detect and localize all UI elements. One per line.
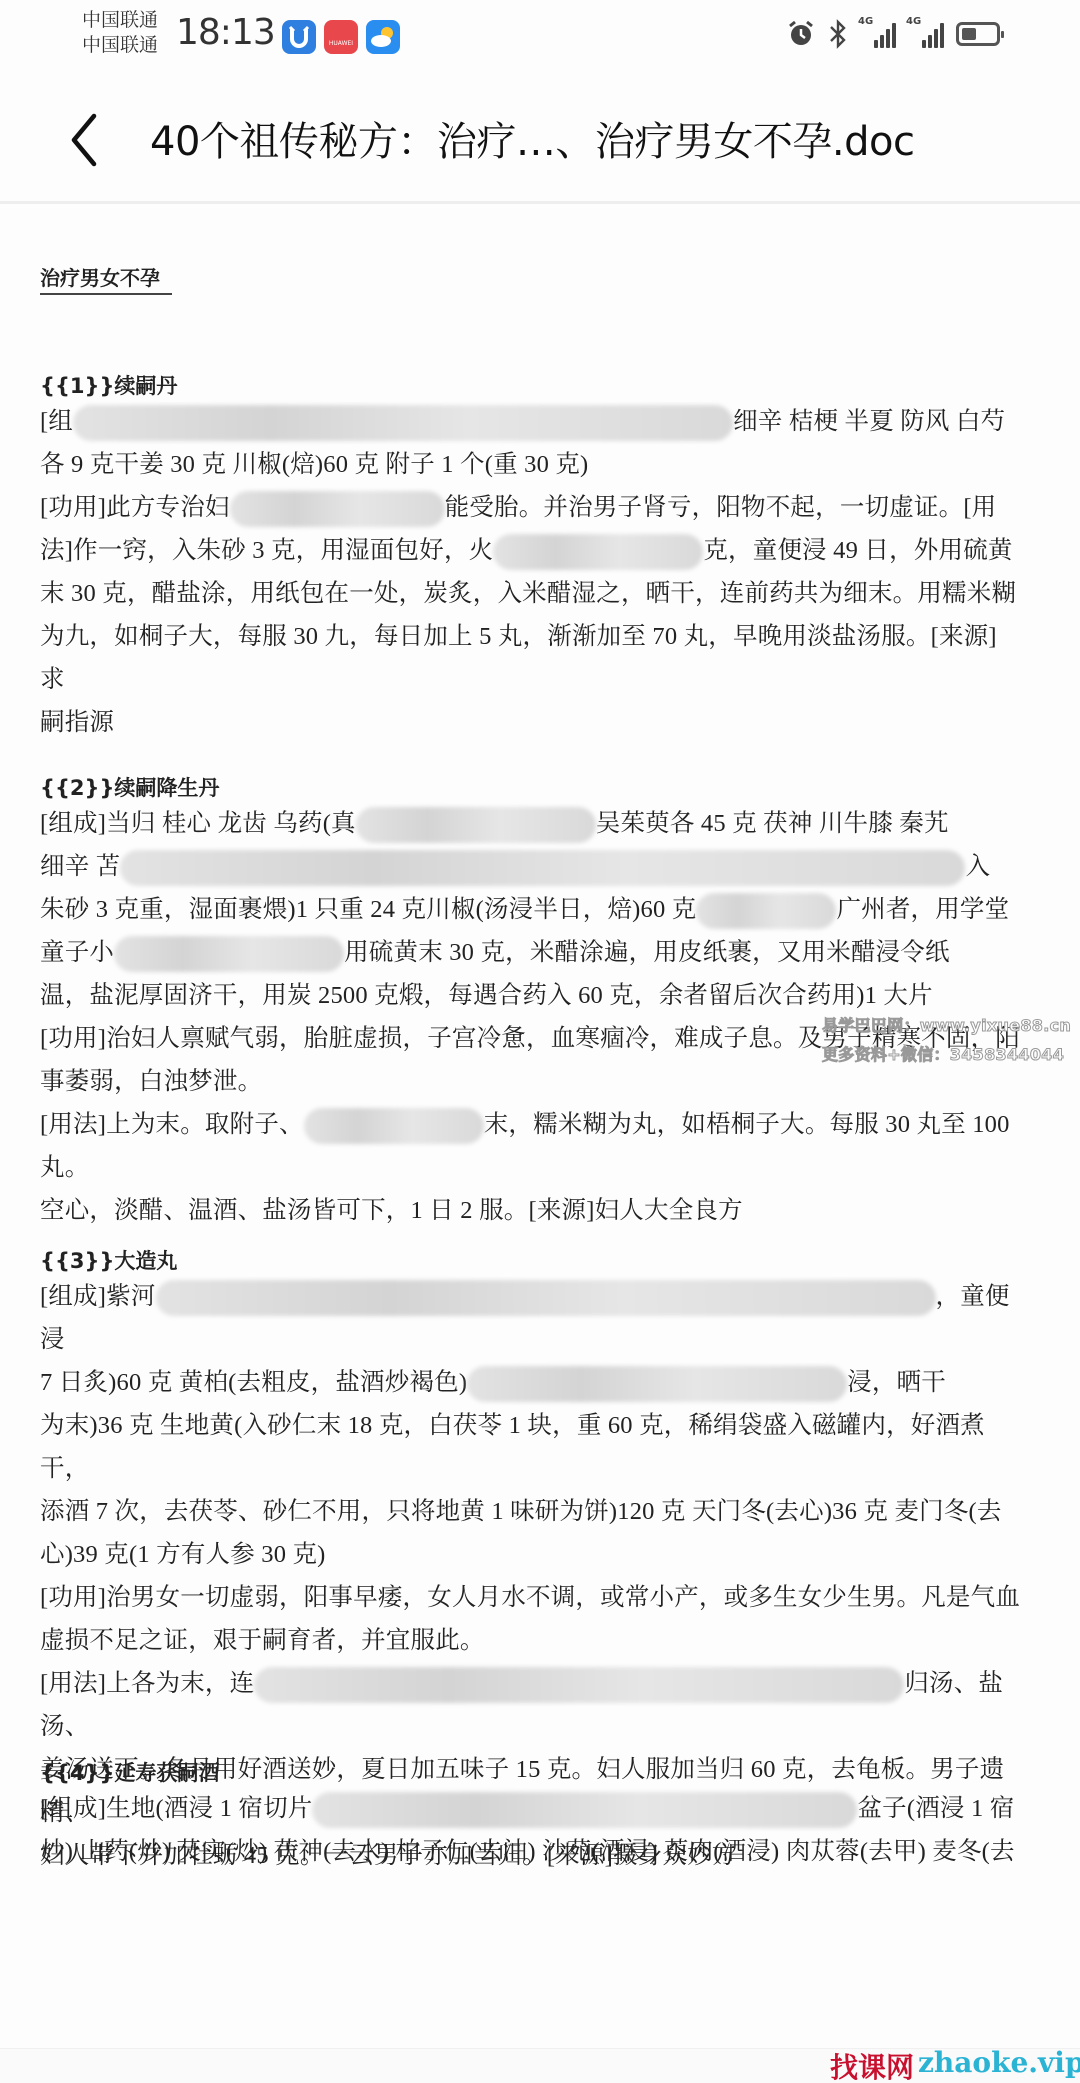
alarm-icon bbox=[786, 19, 816, 49]
text-line: 朱砂 3 克重，湿面裹煨)1 只重 24 克川椒(汤浸半日，焙)60 克广州者，… bbox=[40, 888, 1020, 931]
clock: 18:13 bbox=[176, 12, 275, 53]
status-icons: 4G 4G bbox=[786, 18, 1000, 50]
status-bar: 中国联通 中国联通 18:13 HUAWEI 4G 4G bbox=[0, 0, 1080, 70]
recipe-body: [组成]生地(酒浸 1 宿切片盆子(酒浸 1 宿 炒) 山药(炒) 芡实(炒) … bbox=[40, 1787, 1020, 1873]
document-heading: 治疗男女不孕 bbox=[40, 262, 172, 295]
huawei-icon: HUAWEI bbox=[324, 20, 358, 54]
redacted-blur bbox=[156, 1280, 936, 1316]
back-button[interactable] bbox=[64, 110, 104, 170]
text-line: [功用]治男女一切虚弱，阳事早痿，女人月水不调，或常小产，或多生女少生男。凡是气… bbox=[40, 1576, 1020, 1619]
text-line: [组成]当归 桂心 龙齿 乌药(真吴茱萸各 45 克 茯神 川牛膝 秦艽 bbox=[40, 802, 1020, 845]
text-line: [组成]紫河，童便浸 bbox=[40, 1275, 1020, 1361]
redacted-blur bbox=[467, 1366, 847, 1402]
text-line: 虚损不足之证，艰于嗣育者，并宜服此。 bbox=[40, 1619, 1020, 1662]
text-line: 添酒 7 次，去茯苓、砂仁不用，只将地黄 1 味研为饼)120 克 天门冬(去心… bbox=[40, 1490, 1020, 1533]
document-title: 40个祖传秘方：治疗…、治疗男女不孕.doc bbox=[150, 110, 914, 167]
watermark-footer-cn: 找课网 bbox=[830, 2046, 914, 2083]
app-header: 40个祖传秘方：治疗…、治疗男女不孕.doc bbox=[0, 70, 1080, 204]
text-line: [功用]此方专治妇能受胎。并治男子肾亏，阳物不起，一切虚证。[用 bbox=[40, 486, 1020, 529]
recipe-title: {{4}}延寿获嗣酒 bbox=[40, 1757, 219, 1787]
carrier-1: 中国联通 bbox=[82, 8, 158, 33]
watermark-footer-en: zhaoke.vip bbox=[918, 2046, 1080, 2079]
text-line: [组成]生地(酒浸 1 宿切片盆子(酒浸 1 宿 bbox=[40, 1787, 1020, 1830]
text-line: 空心，淡醋、温酒、盐汤皆可下，1 日 2 服。[来源]妇人大全良方 bbox=[40, 1189, 1020, 1232]
text-line: 各 9 克干姜 30 克 川椒(焙)60 克 附子 1 个(重 30 克) bbox=[40, 443, 1020, 486]
carrier-labels: 中国联通 中国联通 bbox=[82, 8, 158, 58]
recipe-title: {{3}}大造丸 bbox=[40, 1245, 177, 1275]
text-line: 细辛 苫入 bbox=[40, 845, 1020, 888]
text-line: 心)39 克(1 方有人参 30 克) bbox=[40, 1533, 1020, 1576]
text-line: [组细辛 桔梗 半夏 防风 白芍 bbox=[40, 400, 1020, 443]
redacted-blur bbox=[73, 405, 733, 441]
text-line: 嗣指源 bbox=[40, 701, 1020, 744]
redacted-blur bbox=[114, 936, 344, 972]
bluetooth-icon bbox=[828, 18, 848, 50]
text-line: 炒) 山药(炒) 芡实(炒) 茯神(去水) 柏子仁(去油) 沙苑(酒浸) 萸肉(… bbox=[40, 1830, 1020, 1873]
redacted-blur bbox=[312, 1792, 857, 1828]
battery-icon bbox=[956, 22, 1000, 46]
app-blue-icon bbox=[282, 20, 316, 54]
text-line: 事萎弱，白浊梦泄。 bbox=[40, 1060, 1020, 1103]
redacted-blur bbox=[120, 850, 965, 886]
redacted-blur bbox=[356, 807, 596, 843]
chevron-left-icon bbox=[64, 110, 104, 170]
recipe-title: {{2}}续嗣降生丹 bbox=[40, 772, 219, 802]
text-line: 末 30 克，醋盐涂，用纸包在一处，炭炙，入米醋湿之，晒干，连前药共为细末。用糯… bbox=[40, 572, 1020, 615]
signal-2-icon: 4G bbox=[908, 20, 944, 48]
redacted-blur bbox=[230, 491, 445, 527]
weather-icon bbox=[366, 20, 400, 54]
text-line: 法]作一窍，入朱砂 3 克，用湿面包好，火克，童便浸 49 日，外用硫黄 bbox=[40, 529, 1020, 572]
redacted-blur bbox=[493, 534, 703, 570]
watermark-contact: 更多资料+微信：3458344044 bbox=[822, 1042, 1064, 1065]
redacted-blur bbox=[696, 893, 836, 929]
text-line: [用法]上为末。取附子、末，糯米糊为丸，如梧桐子大。每服 30 丸至 100 丸… bbox=[40, 1103, 1020, 1189]
text-line: 为末)36 克 生地黄(入砂仁末 18 克，白茯苓 1 块，重 60 克，稀绢袋… bbox=[40, 1404, 1020, 1490]
text-line: 为九，如桐子大，每服 30 九，每日加上 5 丸，渐渐加至 70 丸，早晚用淡盐… bbox=[40, 615, 1020, 701]
redacted-blur bbox=[304, 1108, 484, 1144]
text-line: 童子小用硫黄末 30 克，米醋涂遍，用皮纸裹，又用米醋浸令纸 bbox=[40, 931, 1020, 974]
watermark-site: 易学巴巴网：www.yixue88.cn bbox=[822, 1013, 1071, 1036]
text-line: [用法]上各为末，连归汤、盐汤、 bbox=[40, 1662, 1020, 1748]
signal-1-icon: 4G bbox=[860, 20, 896, 48]
text-line: 7 日炙)60 克 黄柏(去粗皮，盐酒炒褐色)浸，晒干 bbox=[40, 1361, 1020, 1404]
recipe-body: [组细辛 桔梗 半夏 防风 白芍 各 9 克干姜 30 克 川椒(焙)60 克 … bbox=[40, 400, 1020, 744]
recipe-title: {{1}}续嗣丹 bbox=[40, 370, 177, 400]
carrier-2: 中国联通 bbox=[82, 33, 158, 58]
text-line: 温，盐泥厚固济干，用炭 2500 克煅，每遇合药入 60 克，余者留后次合药用)… bbox=[40, 974, 1020, 1017]
redacted-blur bbox=[254, 1667, 904, 1703]
